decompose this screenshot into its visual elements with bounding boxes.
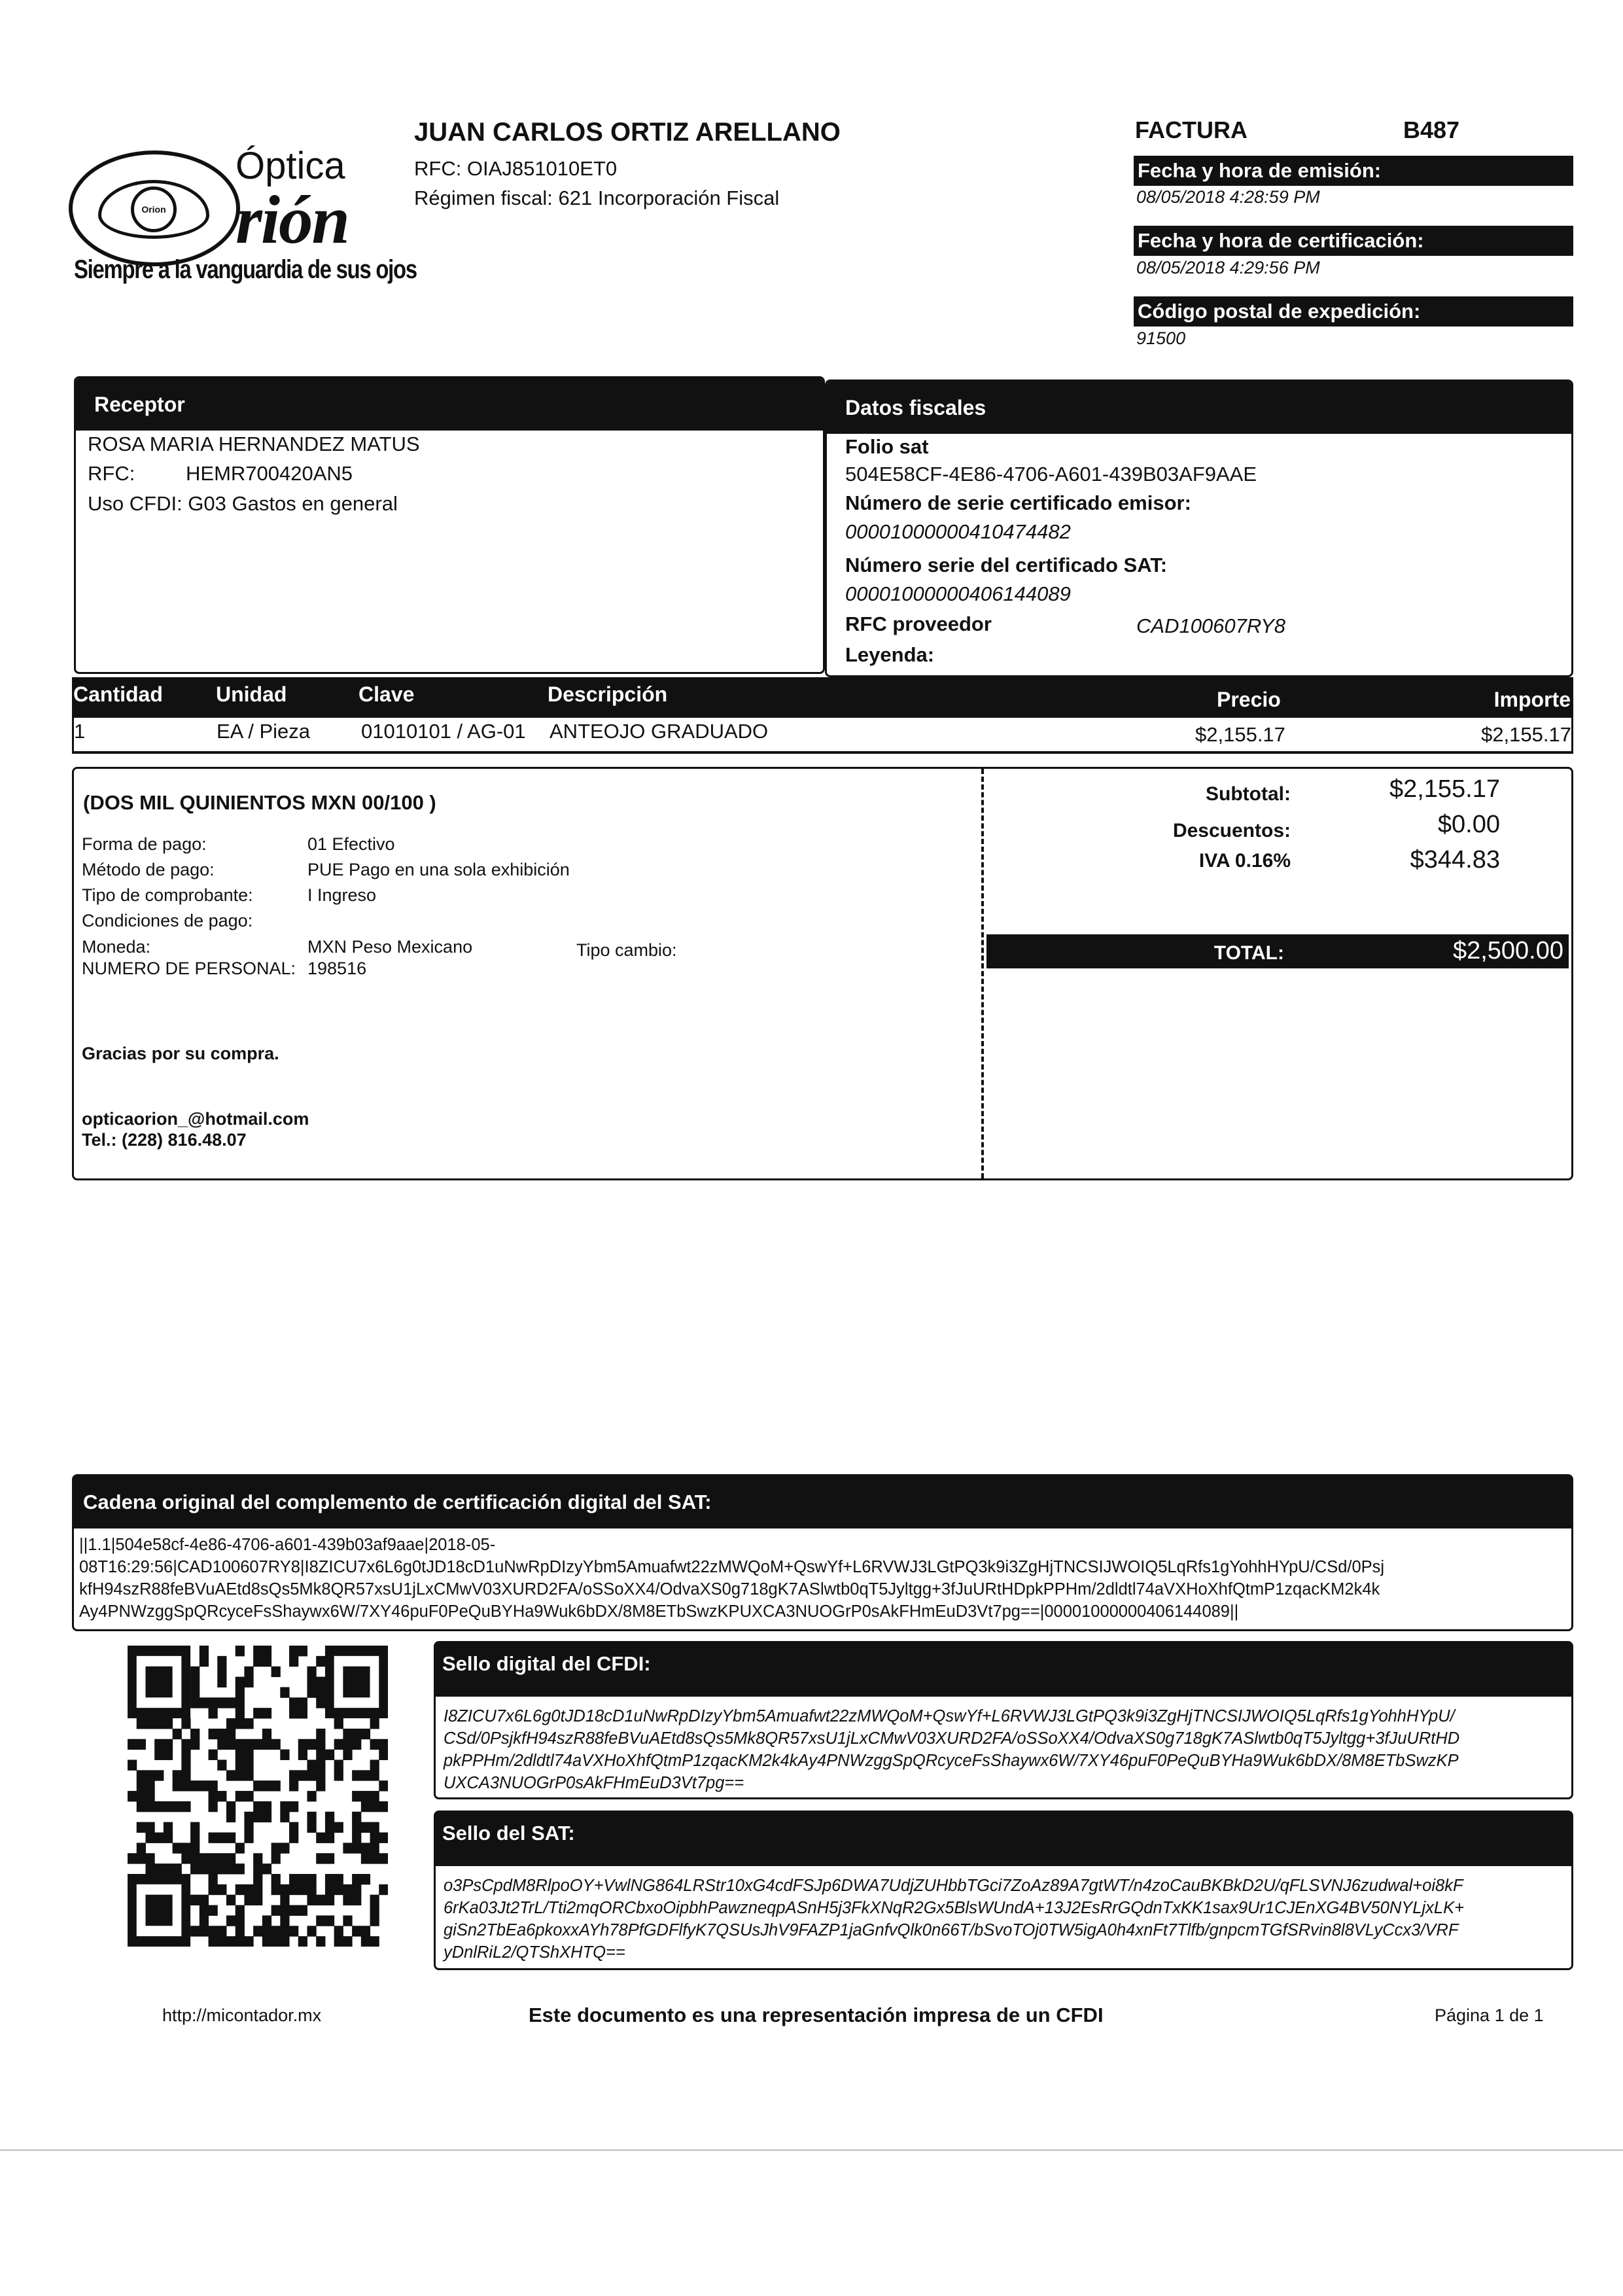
cert-emisor-label: Número de serie certificado emisor: (845, 491, 1191, 515)
datos-fiscales-title: Datos fiscales (827, 381, 1571, 434)
cadena-line: 08T16:29:56|CAD100607RY8|I8ZICU7x6L6g0tJ… (79, 1556, 1566, 1578)
sello-sat-line: 6rKa03Jt2TrL/Tti2mqORCbxoOipbhPawzneqpAS… (444, 1897, 1565, 1919)
sello-sat-text: o3PsCpdM8RlpoOY+VwlNG864LRStr10xG4cdFSJp… (444, 1875, 1565, 1964)
item-descripcion: ANTEOJO GRADUADO (550, 720, 768, 743)
col-unidad: Unidad (216, 682, 287, 707)
tipo-cambio-label: Tipo cambio: (576, 940, 677, 961)
folio-label: Folio sat (845, 435, 928, 459)
tipo-comprobante-label: Tipo de comprobante: (82, 885, 253, 906)
sello-cfdi-line: I8ZICU7x6L6g0tJD18cD1uNwRpDIzyYbm5Amuafw… (444, 1705, 1565, 1727)
factura-label: FACTURA (1135, 116, 1248, 144)
cadena-title: Cadena original del complemento de certi… (74, 1476, 1571, 1528)
cert-sat-label: Número serie del certificado SAT: (845, 554, 1167, 577)
emision-value: 08/05/2018 4:28:59 PM (1136, 187, 1320, 207)
col-importe: Importe (1494, 688, 1571, 712)
tipo-comprobante-value: I Ingreso (307, 885, 376, 906)
certificacion-label: Fecha y hora de certificación: (1134, 226, 1573, 256)
emisor-rfc: RFC: OIAJ851010ET0 (414, 157, 617, 181)
item-importe: $2,155.17 (1481, 723, 1571, 747)
contact-phone: Tel.: (228) 816.48.07 (82, 1130, 247, 1150)
table-row: 1 EA / Pieza 01010101 / AG-01 ANTEOJO GR… (72, 718, 1573, 754)
company-logo: Orion Óptica rión Siempre a la vanguardi… (69, 141, 409, 298)
footer-leyenda: Este documento es una representación imp… (529, 2004, 1104, 2027)
emisor-name: JUAN CARLOS ORTIZ ARELLANO (414, 118, 841, 147)
datos-fiscales-box: Datos fiscales Folio sat 504E58CF-4E86-4… (825, 380, 1573, 677)
col-cantidad: Cantidad (73, 682, 163, 707)
payment-totals-box: (DOS MIL QUINIENTOS MXN 00/100 ) Forma d… (72, 767, 1573, 1180)
folio-value: 504E58CF-4E86-4706-A601-439B03AF9AAE (845, 463, 1257, 486)
moneda-label: Moneda: (82, 937, 150, 957)
sello-sat-line: o3PsCpdM8RlpoOY+VwlNG864LRStr10xG4cdFSJp… (444, 1875, 1565, 1897)
total-label: TOTAL: (986, 942, 1284, 964)
item-cantidad: 1 (74, 720, 85, 743)
qr-code-icon (128, 1646, 388, 1947)
item-precio: $2,155.17 (1195, 723, 1285, 747)
logo-brand-bottom: rión (236, 180, 349, 259)
metodo-pago-label: Método de pago: (82, 860, 215, 880)
emisor-regimen: Régimen fiscal: 621 Incorporación Fiscal (414, 186, 779, 210)
forma-pago-value: 01 Efectivo (307, 834, 395, 855)
cadena-original-box: Cadena original del complemento de certi… (72, 1474, 1573, 1631)
rfc-proveedor-value: CAD100607RY8 (1136, 614, 1285, 638)
col-descripcion: Descripción (548, 682, 667, 707)
receptor-title: Receptor (76, 378, 823, 431)
certificacion-value: 08/05/2018 4:29:56 PM (1136, 258, 1320, 278)
sello-sat-line: yDnlRiL2/QTShXHTQ== (444, 1941, 1565, 1964)
cp-label: Código postal de expedición: (1134, 296, 1573, 327)
sello-sat-box: Sello del SAT: o3PsCpdM8RlpoOY+VwlNG864L… (434, 1810, 1573, 1970)
receptor-rfc-label: RFC: (88, 462, 135, 486)
cadena-line: kfH94szR88feBVuAEtd8sQs5Mk8QR57xsU1jLxCM… (79, 1578, 1566, 1600)
page-edge-divider (0, 2149, 1623, 2151)
sello-sat-title: Sello del SAT: (436, 1812, 1571, 1866)
numero-personal-value: 198516 (307, 959, 366, 979)
cadena-line: Ay4PNWzggSpQRcyceFsShaywx6W/7XY46puF0PeQ… (79, 1600, 1566, 1623)
emision-label: Fecha y hora de emisión: (1134, 156, 1573, 186)
subtotal-value: $2,155.17 (1238, 775, 1500, 804)
sello-cfdi-text: I8ZICU7x6L6g0tJD18cD1uNwRpDIzyYbm5Amuafw… (444, 1705, 1565, 1794)
cert-emisor-value: 00001000000410474482 (845, 520, 1071, 544)
leyenda-label: Leyenda: (845, 643, 934, 667)
total-value: $2,500.00 (1453, 937, 1563, 965)
col-clave: Clave (358, 682, 414, 707)
rfc-proveedor-label: RFC proveedor (845, 612, 992, 636)
sello-cfdi-title: Sello digital del CFDI: (436, 1643, 1571, 1697)
metodo-pago-value: PUE Pago en una sola exhibición (307, 860, 570, 880)
logo-pupil-text: Orion (131, 186, 177, 232)
sello-cfdi-box: Sello digital del CFDI: I8ZICU7x6L6g0tJD… (434, 1641, 1573, 1799)
receptor-rfc-value: HEMR700420AN5 (186, 462, 353, 486)
sello-sat-line: giSn2TbEa6pkoxxAYh78PfGDFlfyK7QSUsJhV9FA… (444, 1919, 1565, 1941)
item-unidad: EA / Pieza (217, 720, 310, 743)
forma-pago-label: Forma de pago: (82, 834, 207, 855)
item-clave: 01010101 / AG-01 (361, 720, 526, 743)
descuentos-value: $0.00 (1238, 811, 1500, 839)
items-table-header: Cantidad Unidad Clave Descripción Precio… (72, 677, 1573, 718)
total-bar: TOTAL: $2,500.00 (986, 934, 1569, 968)
footer-url[interactable]: http://micontador.mx (162, 2005, 321, 2026)
cadena-text: ||1.1|504e58cf-4e86-4706-a601-439b03af9a… (79, 1534, 1566, 1623)
receptor-box: Receptor ROSA MARIA HERNANDEZ MATUS RFC:… (74, 376, 825, 674)
importe-letra: (DOS MIL QUINIENTOS MXN 00/100 ) (83, 791, 436, 815)
sello-cfdi-line: CSd/0PsjkfH94szR88feBVuAEtd8sQs5Mk8QR57x… (444, 1727, 1565, 1750)
sello-cfdi-line: UXCA3NUOGrP0sAkFHmEuD3Vt7pg== (444, 1772, 1565, 1794)
numero-personal-label: NUMERO DE PERSONAL: (82, 959, 296, 979)
logo-tagline: Siempre a la vanguardia de sus ojos (74, 255, 417, 285)
moneda-value: MXN Peso Mexicano (307, 937, 472, 957)
contact-email[interactable]: opticaorion_@hotmail.com (82, 1109, 309, 1129)
gracias-text: Gracias por su compra. (82, 1044, 279, 1064)
col-precio: Precio (1217, 688, 1281, 712)
factura-number: B487 (1403, 116, 1459, 144)
footer-page: Página 1 de 1 (1435, 2005, 1544, 2026)
iva-value: $344.83 (1238, 846, 1500, 874)
sello-cfdi-line: pkPPHm/2dldtl74aVXHoXhfQtmP1zqacKM2k4kAy… (444, 1750, 1565, 1772)
cp-value: 91500 (1136, 328, 1185, 349)
cadena-line: ||1.1|504e58cf-4e86-4706-a601-439b03af9a… (79, 1534, 1566, 1556)
cert-sat-value: 00001000000406144089 (845, 582, 1071, 606)
receptor-uso-cfdi: Uso CFDI: G03 Gastos en general (88, 492, 398, 516)
condiciones-label: Condiciones de pago: (82, 911, 253, 931)
receptor-name: ROSA MARIA HERNANDEZ MATUS (88, 433, 420, 456)
